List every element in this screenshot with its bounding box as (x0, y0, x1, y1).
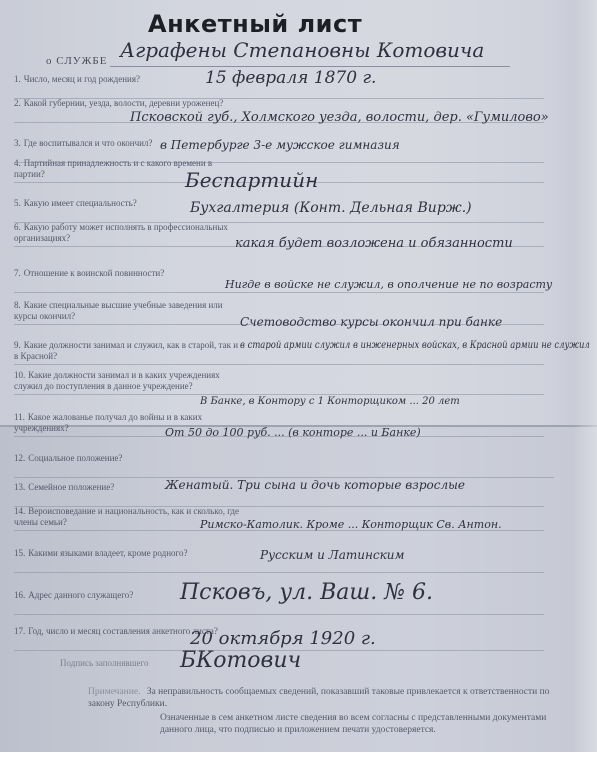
answer-line (14, 292, 544, 293)
question-15: 15.Какими языками владеет, кроме родного… (14, 548, 244, 559)
signature: БКотович (180, 648, 301, 673)
question-number: 8. (14, 300, 21, 310)
question-8: 8.Какие специальные высшие учебные завед… (14, 300, 244, 322)
question-text: Какими языками владеет, кроме родного? (28, 548, 187, 558)
question-number: 6. (14, 222, 21, 232)
question-number: 4. (14, 158, 21, 168)
note-text: За неправильность сообщаемых сведений, п… (88, 687, 549, 709)
handwritten-answer: 15 февраля 1870 г. (205, 68, 376, 88)
question-text: Какой губернии, уезда, волости, деревни … (24, 98, 224, 108)
handwritten-answer: в Петербурге 3-е мужское гимназия (160, 138, 400, 152)
subtitle-label: о СЛУЖБЕ (46, 55, 107, 67)
question-text: Где воспитывался и что окончил? (24, 138, 153, 148)
question-10: 10.Какие должности занимал и в каких учр… (14, 370, 244, 392)
subtitle-prefix: о СЛУЖБЕ (46, 55, 107, 67)
answer-line (14, 364, 544, 365)
person-name: Аграфены Степановны Котовича (120, 38, 484, 62)
question-number: 2. (14, 98, 21, 108)
question-number: 3. (14, 138, 21, 148)
handwritten-answer: Римско-Католик. Кроме ... Конторщик Св. … (200, 518, 502, 531)
signature-label: Подпись заполнявшего (60, 658, 180, 669)
handwritten-answer: в старой армии служил в инженерных войск… (240, 340, 590, 351)
question-number: 16. (14, 590, 25, 600)
question-text: Число, месяц и год рождения? (24, 74, 140, 84)
question-12: 12.Социальное положение? (14, 453, 244, 464)
name-line (110, 66, 510, 67)
question-number: 11. (14, 412, 25, 422)
question-text: Какую имеет специальность? (24, 198, 137, 208)
question-text: Социальное положение? (28, 453, 122, 463)
note-2: Означенные в сем анкетном листе сведения… (160, 712, 560, 736)
question-number: 7. (14, 268, 21, 278)
question-text: Какие должности занимал и служил, как в … (14, 340, 238, 361)
question-6: 6.Какую работу может исполнять в професс… (14, 222, 244, 244)
answer-line (14, 614, 544, 615)
handwritten-answer: Русским и Латинским (260, 548, 404, 562)
handwritten-answer: Женатый. Три сына и дочь которые взрослы… (165, 478, 465, 492)
handwritten-answer: 20 октября 1920 г. (190, 628, 376, 649)
question-number: 9. (14, 340, 21, 350)
handwritten-answer: От 50 до 100 руб. ... (в конторе ... и Б… (165, 426, 421, 439)
question-number: 12. (14, 453, 25, 463)
handwritten-answer: Псковской губ., Холмского уезда, волости… (130, 110, 549, 125)
handwritten-answer: В Банке, в Контору с 1 Конторщиком ... 2… (200, 396, 460, 407)
question-text: Отношение к воинской повинности? (24, 268, 164, 278)
handwritten-answer: Беспартийн (185, 168, 318, 192)
question-number: 10. (14, 370, 25, 380)
document-title: Анкетный лист (148, 10, 362, 38)
handwritten-answer: Нигде в войске не служил, в ополчение не… (225, 278, 552, 291)
question-text: Семейное положение? (28, 482, 114, 492)
question-9: 9.Какие должности занимал и служил, как … (14, 340, 244, 362)
question-text: Какие специальные высшие учебные заведен… (14, 300, 223, 321)
question-text: Партийная принадлежность и с какого врем… (14, 158, 212, 179)
note-1: Примечание. За неправильность сообщаемых… (88, 686, 558, 710)
question-number: 17. (14, 626, 25, 636)
handwritten-answer: Псковъ, ул. Ваш. № 6. (180, 580, 433, 605)
handwritten-answer: Счетоводство курсы окончил при банке (240, 315, 502, 329)
answer-line (14, 572, 544, 573)
question-7: 7.Отношение к воинской повинности? (14, 268, 244, 279)
question-number: 15. (14, 548, 25, 558)
document-page: Анкетный лист о СЛУЖБЕ Аграфены Степанов… (0, 0, 597, 752)
question-number: 1. (14, 74, 21, 84)
page-edge-shadow (573, 0, 597, 752)
question-number: 13. (14, 482, 25, 492)
answer-line (14, 394, 544, 395)
question-number: 5. (14, 198, 21, 208)
question-text: Какие должности занимал и в каких учрежд… (14, 370, 220, 391)
note-label: Примечание. (88, 687, 140, 697)
question-text: Какую работу может исполнять в профессио… (14, 222, 228, 243)
handwritten-answer: какая будет возложена и обязанности (235, 236, 513, 251)
question-number: 14. (14, 506, 25, 516)
question-text: Адрес данного служащего? (28, 590, 133, 600)
handwritten-answer: Бухгалтерия (Конт. Дельная Вирж.) (190, 200, 472, 216)
question-2: 2.Какой губернии, уезда, волости, деревн… (14, 98, 244, 109)
